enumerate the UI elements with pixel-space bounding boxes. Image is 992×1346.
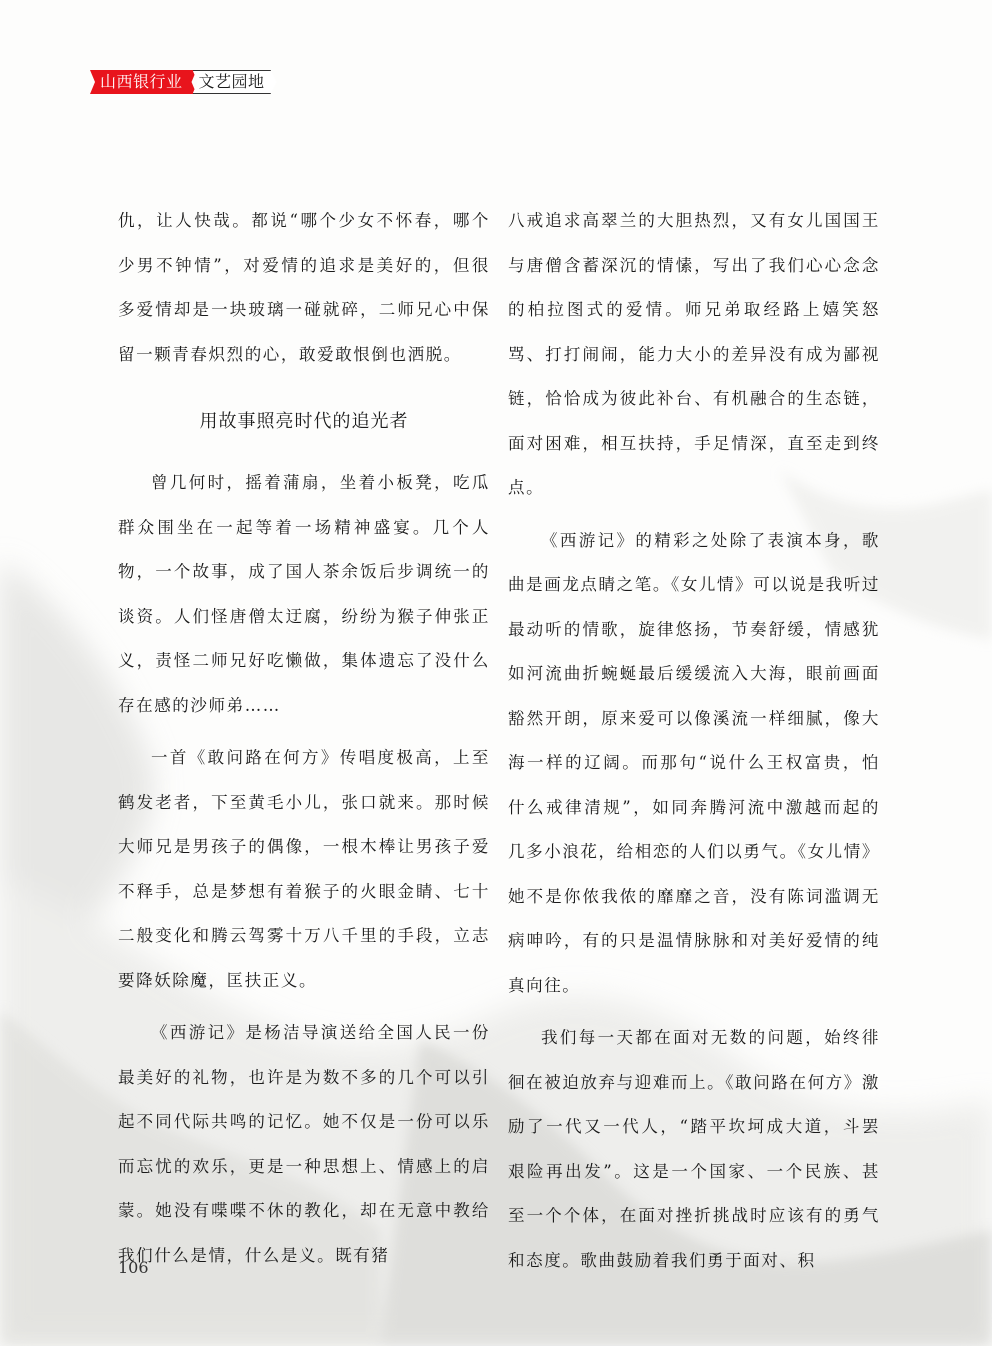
paragraph: 我们每一天都在面对无数的问题，始终徘徊在被迫放弃与迎难而上。《敢问路在何方》激励… — [508, 1016, 880, 1283]
paragraph: 仇，让人快哉。都说“哪个少女不怀春，哪个少男不钟情”，对爱情的追求是美好的，但很… — [118, 199, 490, 377]
paragraph: 曾几何时，摇着蒲扇，坐着小板凳，吃瓜群众围坐在一起等着一场精神盛宴。几个人物，一… — [118, 461, 490, 728]
paragraph: 《西游记》是杨洁导演送给全国人民一份最美好的礼物，也许是为数不多的几个可以引起不… — [118, 1011, 490, 1278]
paragraph: 八戒追求高翠兰的大胆热烈，又有女儿国国王与唐僧含蓄深沉的情愫，写出了我们心心念念… — [508, 199, 880, 511]
left-column: 仇，让人快哉。都说“哪个少女不怀春，哪个少男不钟情”，对爱情的追求是美好的，但很… — [118, 199, 490, 1278]
header-badge: 山西银行业 文艺园地 — [90, 70, 277, 94]
publication-label: 山西银行业 — [90, 70, 197, 94]
paragraph: 一首《敢问路在何方》传唱度极高，上至鹤发老者，下至黄毛小儿，张口就来。那时候大师… — [118, 736, 490, 1003]
page-number: 106 — [118, 1258, 149, 1277]
right-column: 八戒追求高翠兰的大胆热烈，又有女儿国国王与唐僧含蓄深沉的情愫，写出了我们心心念念… — [508, 199, 880, 1283]
paragraph: 《西游记》的精彩之处除了表演本身，歌曲是画龙点睛之笔。《女儿情》可以说是我听过最… — [508, 519, 880, 1009]
section-title: 用故事照亮时代的追光者 — [118, 407, 490, 437]
column-label: 文艺园地 — [193, 70, 277, 94]
